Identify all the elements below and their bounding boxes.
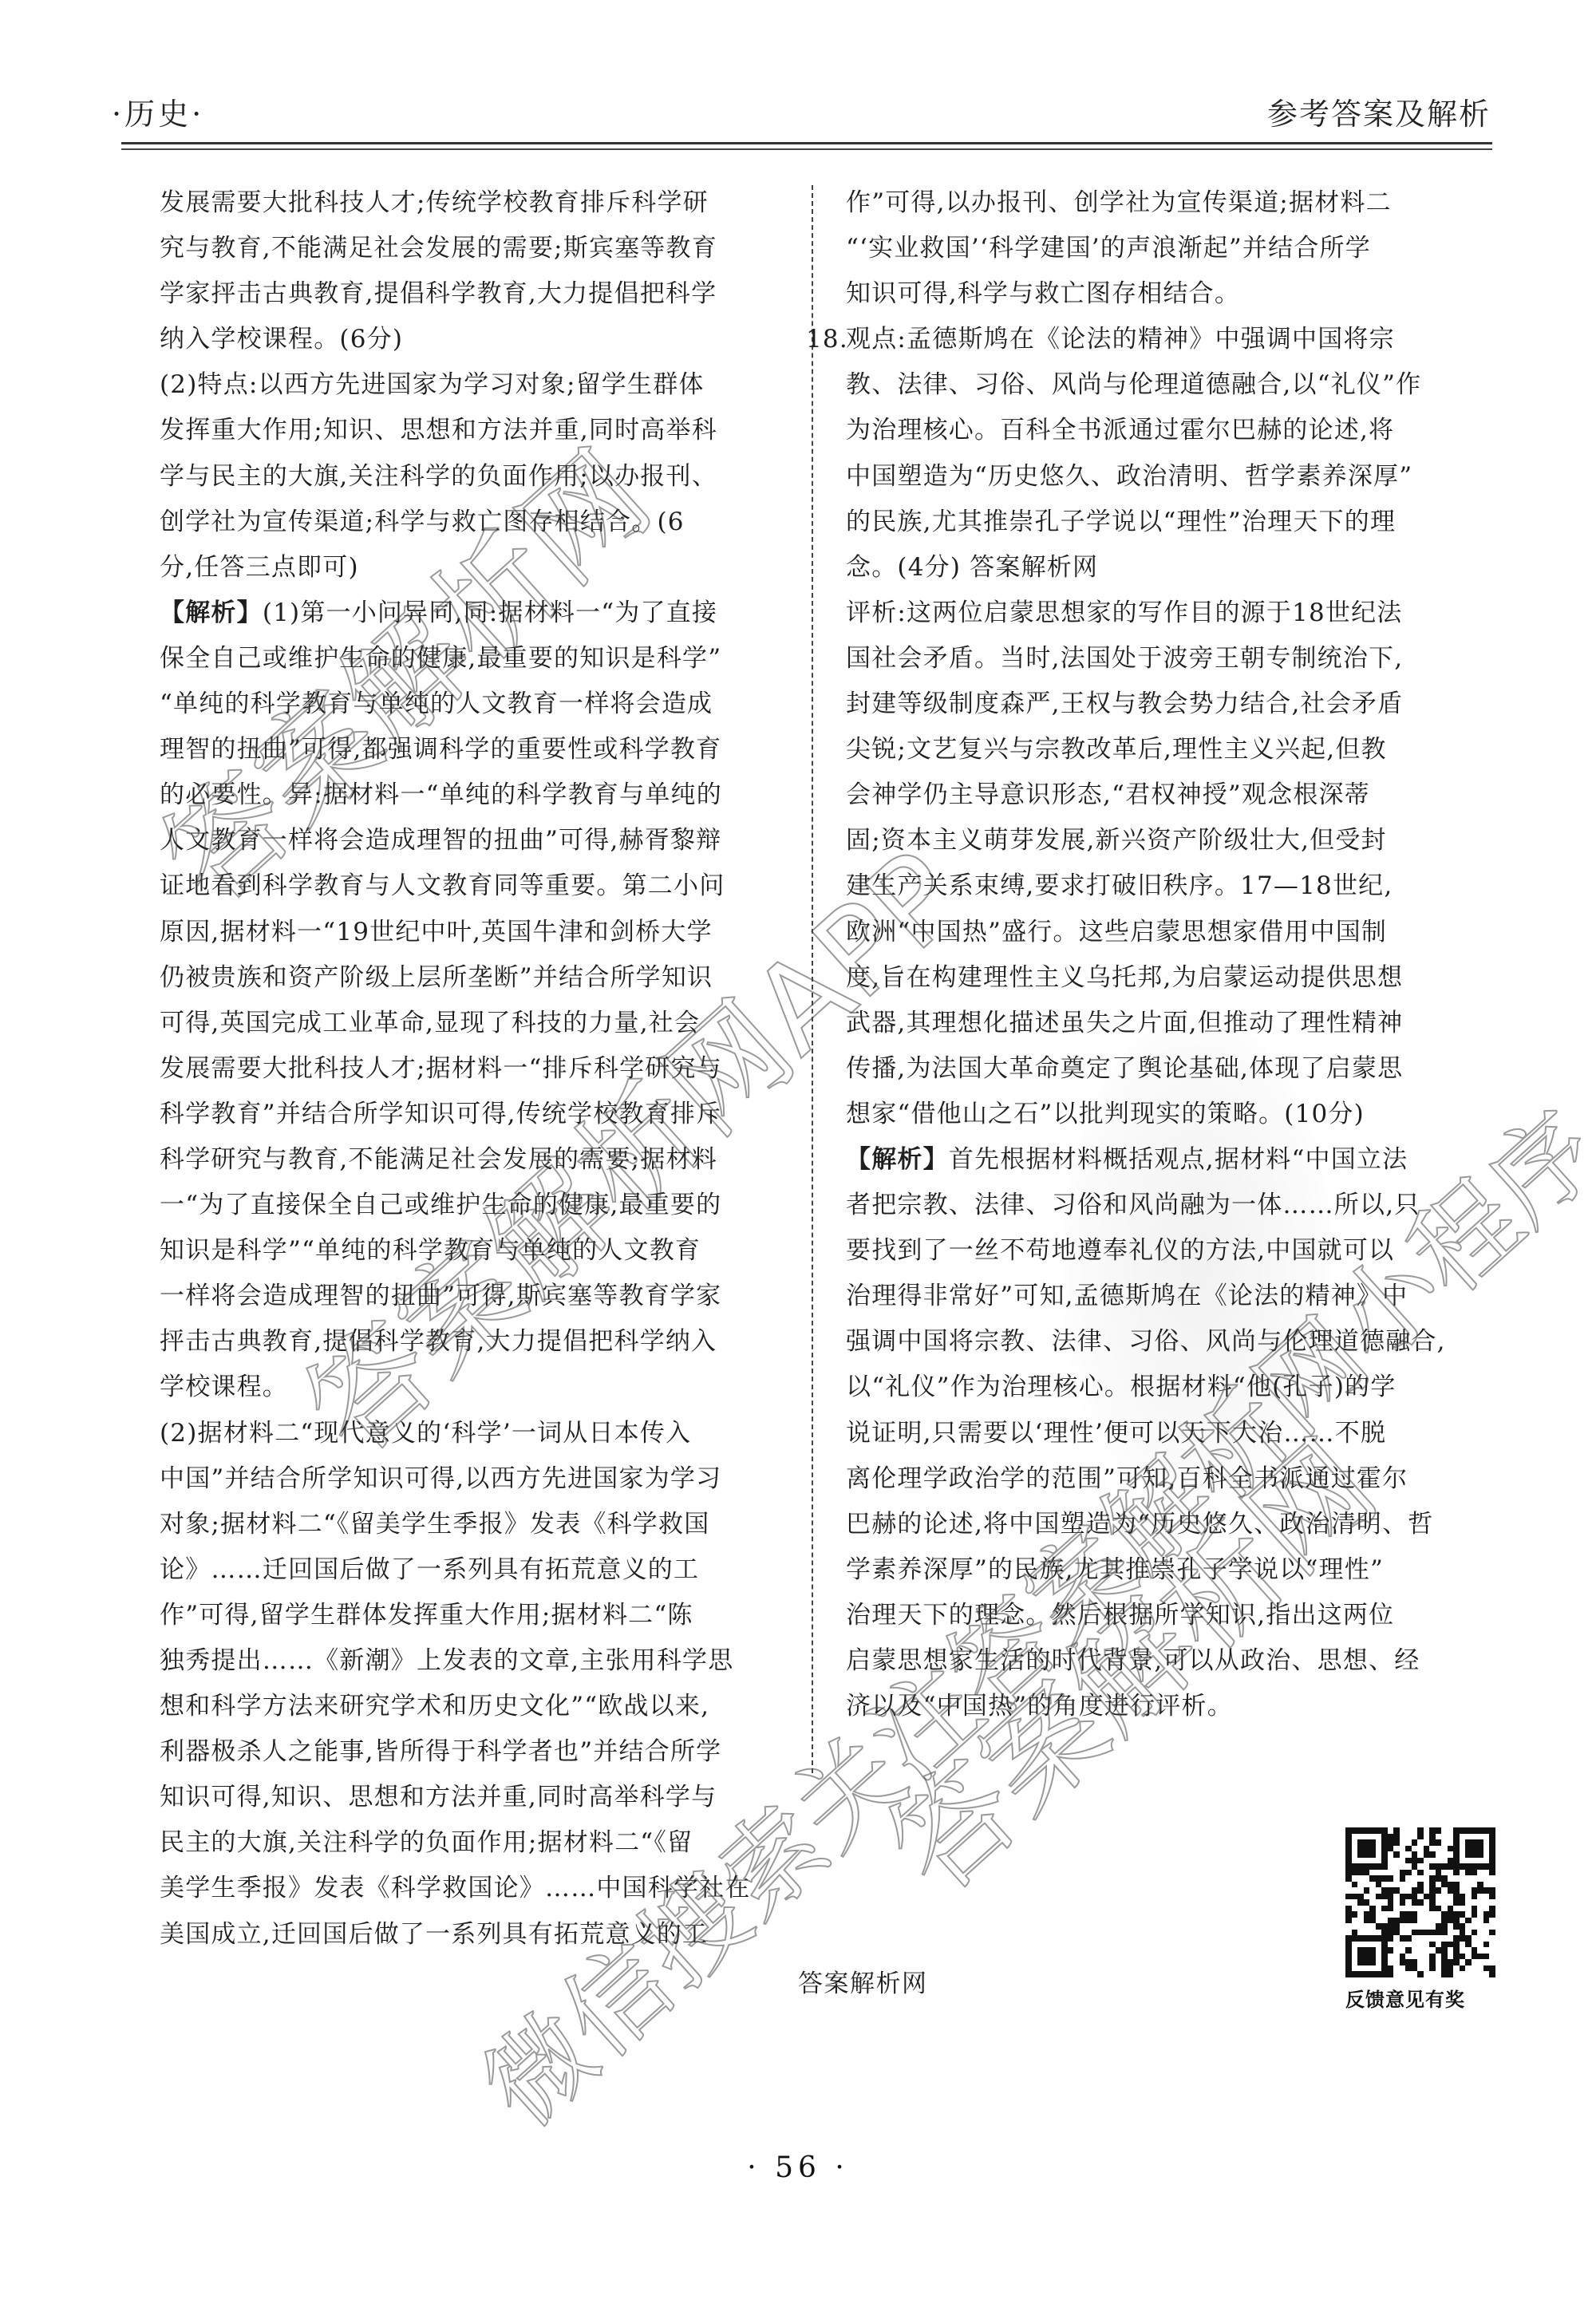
text-line: 学与民主的大旗,关注科学的负面作用;以办报刊、: [160, 454, 806, 500]
text-line: 纳入学校课程。(6分): [160, 317, 806, 362]
text-line: 中国”并结合所学知识可得,以西方先进国家为学习: [160, 1456, 806, 1502]
text-line: 抨击古典教育,提倡科学教育,大力提倡把科学纳入: [160, 1319, 806, 1365]
text-line: 要找到了一丝不苟地遵奉礼仪的方法,中国就可以: [846, 1228, 1494, 1274]
text-line: 济以及“中国热”的角度进行评析。: [846, 1684, 1494, 1729]
qr-caption: 反馈意见有奖: [1345, 1984, 1497, 2012]
text-line: 民主的大旗,关注科学的负面作用;据材料二“《留: [160, 1820, 806, 1866]
analysis-label: 【解析】: [846, 1145, 949, 1174]
text-line: 论》……迁回国后做了一系列具有拓荒意义的工: [160, 1547, 806, 1593]
text-line: 发展需要大批科技人才;传统学校教育排斥科学研: [160, 180, 806, 226]
text-line: 可得,英国完成工业革命,显现了科技的力量,社会: [160, 1001, 806, 1046]
text-line: 美学生季报》发表《科学救国论》……中国科学社在: [160, 1866, 806, 1911]
text-line: 离伦理学政治学的范围”可知,百科全书派通过霍尔: [846, 1456, 1494, 1502]
text-line: 会神学仍主导意识形态,“君权神授”观念根深蒂: [846, 772, 1494, 818]
column-divider: [812, 185, 813, 1773]
text-line: 原因,据材料一“19世纪中叶,英国牛津和剑桥大学: [160, 910, 806, 955]
text-line: 证地看到科学教育与人文教育同等重要。第二小问: [160, 863, 806, 909]
text-line: 知识是科学”“单纯的科学教育与单纯的人文教育: [160, 1228, 806, 1274]
text-line: 学素养深厚”的民族,尤其推崇孔子学说以“理性”: [846, 1547, 1494, 1593]
text-line: 发展需要大批科技人才;据材料一“排斥科学研究与: [160, 1046, 806, 1092]
text-line: 传播,为法国大革命奠定了舆论基础,体现了启蒙思: [846, 1046, 1494, 1092]
text-line: 的民族,尤其推崇孔子学说以“理性”治理天下的理: [846, 500, 1494, 545]
text-line: 封建等级制度森严,王权与教会势力结合,社会矛盾: [846, 681, 1494, 727]
text-line: 作”可得,以办报刊、创学社为宣传渠道;据材料二: [846, 180, 1494, 226]
text-line: 治理天下的理念。然后根据所学知识,指出这两位: [846, 1593, 1494, 1638]
text-line: 究与教育,不能满足社会发展的需要;斯宾塞等教育: [160, 226, 806, 271]
text-line: 教、法律、习俗、风尚与伦理道德融合,以“礼仪”作: [846, 362, 1494, 408]
text-line: “单纯的科学教育与单纯的人文教育一样将会造成: [160, 681, 806, 727]
text-line: 想和科学方法来研究学术和历史文化”“欧战以来,: [160, 1684, 806, 1729]
text-line: 欧洲“中国热”盛行。这些启蒙思想家借用中国制: [846, 910, 1494, 955]
text-line: 以“礼仪”作为治理核心。根据材料“他(孔子)的学: [846, 1365, 1494, 1410]
text-line: 对象;据材料二“《留美学生季报》发表《科学救国: [160, 1502, 806, 1547]
text-line: 分,任答三点即可): [160, 545, 806, 591]
page-number: · 56 ·: [0, 2151, 1596, 2184]
analysis-line: 【解析】(1)第一小问异同,同:据材料一“为了直接: [160, 591, 806, 636]
text-line: 中国塑造为“历史悠久、政治清明、哲学素养深厚”: [846, 454, 1494, 500]
text-line: 想家“借他山之石”以批判现实的策略。(10分): [846, 1092, 1494, 1137]
text-line: 人文教育一样将会造成理智的扭曲”可得,赫胥黎辩: [160, 818, 806, 863]
text-line: 利器极杀人之能事,皆所得于科学者也”并结合所学: [160, 1729, 806, 1775]
text-line: 尖锐;文艺复兴与宗教改革后,理性主义兴起,但教: [846, 727, 1494, 772]
text-segment: 首先根据材料概括观点,据材料“中国立法: [949, 1145, 1408, 1174]
text-line: (2)据材料二“现代意义的‘科学’一词从日本传入: [160, 1411, 806, 1456]
text-line: 建生产关系束缚,要求打破旧秩序。17—18世纪,: [846, 863, 1494, 909]
text-line: 科学教育”并结合所学知识可得,传统学校教育排斥: [160, 1092, 806, 1137]
text-line: 为治理核心。百科全书派通过霍尔巴赫的论述,将: [846, 408, 1494, 453]
analysis-line: 【解析】首先根据材料概括观点,据材料“中国立法: [846, 1137, 1494, 1183]
text-line: 知识可得,知识、思想和方法并重,同时高举科学与: [160, 1775, 806, 1820]
section-header: 参考答案及解析: [1267, 89, 1491, 133]
qr-code-icon[interactable]: [1345, 1827, 1495, 1977]
text-line: “‘实业救国’‘科学建国’的声浪渐起”并结合所学: [846, 226, 1494, 271]
text-line: 武器,其理想化描述虽失之片面,但推动了理性精神: [846, 1001, 1494, 1046]
right-column: 作”可得,以办报刊、创学社为宣传渠道;据材料二 “‘实业救国’‘科学建国’的声浪…: [846, 180, 1494, 1729]
text-line: 保全自己或维护生命的健康,最重要的知识是科学”: [160, 636, 806, 681]
question-18-line: 18.观点:孟德斯鸠在《论法的精神》中强调中国将宗: [846, 317, 1494, 362]
text-line: 科学研究与教育,不能满足社会发展的需要;据材料: [160, 1137, 806, 1183]
text-line: 一样将会造成理智的扭曲”可得,斯宾塞等教育学家: [160, 1274, 806, 1319]
text-line: 说证明,只需要以‘理性’便可以天下大治……不脱: [846, 1411, 1494, 1456]
text-line: 创学社为宣传渠道;科学与救亡图存相结合。(6: [160, 500, 806, 545]
text-segment: 观点:孟德斯鸠在《论法的精神》中强调中国将宗: [846, 325, 1395, 354]
text-line: 作”可得,留学生群体发挥重大作用;据材料二“陈: [160, 1593, 806, 1638]
text-line: 国社会矛盾。当时,法国处于波旁王朝专制统治下,: [846, 636, 1494, 681]
question-number: 18.: [806, 317, 848, 362]
text-line: 仍被贵族和资产阶级上层所垄断”并结合所学知识: [160, 955, 806, 1001]
text-line: 者把宗教、法律、习俗和风尚融为一体……所以,只: [846, 1183, 1494, 1228]
analysis-label: 【解析】: [160, 599, 263, 627]
text-line: 发挥重大作用;知识、思想和方法并重,同时高举科: [160, 408, 806, 453]
text-line: 治理得非常好”可知,孟德斯鸠在《论法的精神》中: [846, 1274, 1494, 1319]
left-column: 发展需要大批科技人才;传统学校教育排斥科学研 究与教育,不能满足社会发展的需要;…: [160, 180, 806, 1958]
text-line: 启蒙思想家生活的时代背景,可以从政治、思想、经: [846, 1638, 1494, 1684]
text-line: 学校课程。: [160, 1365, 806, 1410]
text-line: 念。(4分) 答案解析网: [846, 545, 1494, 591]
text-line: 的必要性。异:据材料一“单纯的科学教育与单纯的: [160, 772, 806, 818]
text-line: 强调中国将宗教、法律、习俗、风尚与伦理道德融合,: [846, 1319, 1494, 1365]
text-line: 知识可得,科学与救亡图存相结合。: [846, 271, 1494, 317]
site-watermark-text: 答案解析网: [798, 1963, 928, 1999]
text-line: 评析:这两位启蒙思想家的写作目的源于18世纪法: [846, 591, 1494, 636]
feedback-qr-block[interactable]: 反馈意见有奖: [1345, 1827, 1497, 2012]
text-line: 学家抨击古典教育,提倡科学教育,大力提倡把科学: [160, 271, 806, 317]
text-line: 巴赫的论述,将中国塑造为“历史悠久、政治清明、哲: [846, 1502, 1494, 1547]
text-line: 度,旨在构建理性主义乌托邦,为启蒙运动提供思想: [846, 955, 1494, 1001]
text-line: 美国成立,迁回国后做了一系列具有拓荒意义的工: [160, 1912, 806, 1958]
text-line: 理智的扭曲”可得,都强调科学的重要性或科学教育: [160, 727, 806, 772]
text-line: 固;资本主义萌芽发展,新兴资产阶级壮大,但受封: [846, 818, 1494, 863]
header-rule-bottom: [121, 148, 1492, 150]
text-line: (2)特点:以西方先进国家为学习对象;留学生群体: [160, 362, 806, 408]
text-line: 一“为了直接保全自己或维护生命的健康,最重要的: [160, 1183, 806, 1228]
text-line: 独秀提出……《新潮》上发表的文章,主张用科学思: [160, 1638, 806, 1684]
subject-header: ·历史·: [112, 89, 204, 133]
text-segment: (1)第一小问异同,同:据材料一“为了直接: [263, 599, 717, 627]
header-rule-top: [121, 142, 1492, 144]
